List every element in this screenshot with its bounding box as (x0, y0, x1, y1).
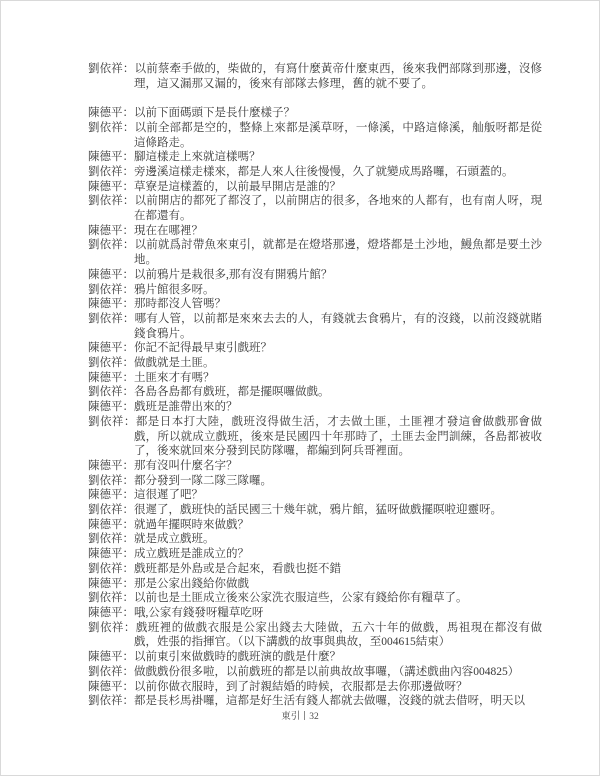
dialogue-text: 做戲戲份很多啦，以前戲班的都是以前典故故事囉，（講述戲曲內容004825） (134, 666, 519, 678)
speaker-name: 劉依祥： (88, 475, 134, 487)
speaker-name: 劉依祥： (88, 166, 134, 178)
dialogue-line: 劉依祥：以前全部都是空的，整條上來都是溪草呀，一條溪，中路這條溪，舢舨呀都是從這… (88, 121, 542, 150)
dialogue-line: 陳德平：就過年擺暝時來做戲？ (88, 518, 542, 533)
dialogue-text: 這很遲了吧？ (134, 489, 203, 501)
speaker-name: 陳德平： (88, 519, 134, 531)
footer-page-number: 32 (309, 712, 319, 722)
speaker-name: 陳德平： (88, 269, 134, 281)
dialogue-line: 劉依祥：以前就爲討帶魚來東引，就都是在燈塔那邊，燈塔都是土沙地，鰻魚都是要土沙地… (88, 238, 542, 267)
speaker-name: 陳德平： (88, 681, 134, 693)
speaker-name: 陳德平： (88, 607, 134, 619)
speaker-name: 劉依祥： (88, 63, 135, 75)
dialogue-line: 劉依祥：都分發到一隊二隊三隊囉。 (88, 474, 542, 489)
dialogue-text: 現在在哪裡？ (134, 225, 203, 237)
dialogue-text: 成立戲班是誰成立的？ (134, 548, 249, 560)
dialogue-text: 那有沒叫什麼名字？ (134, 460, 238, 472)
speaker-name: 陳德平： (88, 578, 134, 590)
dialogue-line: 劉依祥：以前蔡牽手做的，柴做的，有寫什麼黃帝什麼東西，後來我們部隊到那邊，沒修理… (88, 62, 542, 91)
dialogue-text: 土匪來才有嗎？ (134, 372, 215, 384)
speaker-name: 陳德平： (88, 460, 134, 472)
speaker-name: 陳德平： (88, 298, 134, 310)
dialogue-text: 以前你做衣服時，到了討親結婚的時候，衣服都是去你那邊做呀？ (134, 681, 468, 693)
speaker-name: 劉依祥： (88, 592, 134, 604)
dialogue-line: 劉依祥：做戲就是土匪。 (88, 356, 542, 371)
dialogue-text: 以前下面碼頭下是長什麼樣子？ (134, 107, 295, 119)
dialogue-line: 陳德平：那有沒叫什麼名字？ (88, 459, 542, 474)
page-footer: 東引32 (1, 711, 599, 724)
speaker-name: 陳德平： (88, 489, 134, 501)
dialogue-line: 劉依祥：就是成立戲班。 (88, 532, 542, 547)
dialogue-line: 劉依祥：哪有人管，以前都是來來去去的人，有錢就去食鴉片，有的沒錢，以前沒錢就賭錢… (88, 312, 542, 341)
dialogue-line: 陳德平：以前你做衣服時，到了討親結婚的時候，衣服都是去你那邊做呀？ (88, 680, 542, 695)
speaker-name: 陳德平： (88, 181, 134, 193)
speaker-name: 劉依祥： (88, 416, 136, 428)
dialogue-text: 哪有人管，以前都是來來去去的人，有錢就去食鴉片，有的沒錢，以前沒錢就賭錢食鴉片。 (134, 313, 542, 340)
speaker-name: 劉依祥： (88, 695, 134, 707)
speaker-name: 劉依祥： (88, 666, 134, 678)
dialogue-text: 哦,公家有錢發呀糧草吃呀 (134, 607, 263, 619)
speaker-name: 陳德平： (88, 151, 134, 163)
footer-divider-line (304, 711, 305, 720)
dialogue-text: 以前開店的都死了都沒了，以前開店的很多，各地來的人都有，也有南人呀，現在都還有。 (134, 195, 542, 222)
speaker-name: 劉依祥： (88, 122, 135, 134)
speaker-name: 陳德平： (88, 651, 134, 663)
transcript-body: 劉依祥：以前蔡牽手做的，柴做的，有寫什麼黃帝什麼東西，後來我們部隊到那邊，沒修理… (88, 62, 542, 709)
dialogue-text: 腳這樣走上來就這樣嗎？ (134, 151, 261, 163)
dialogue-text: 都分發到一隊二隊三隊囉。 (134, 475, 272, 487)
dialogue-line: 劉依祥：做戲戲份很多啦，以前戲班的都是以前典故故事囉，（講述戲曲內容004825… (88, 665, 542, 680)
dialogue-text: 草寮是這樣蓋的，以前最早開店是誰的？ (134, 181, 341, 193)
dialogue-line: 陳德平：以前東引來做戲時的戲班演的戲是什麼？ (88, 650, 542, 665)
speaker-name: 陳德平： (88, 342, 134, 354)
dialogue-line: 陳德平：成立戲班是誰成立的？ (88, 547, 542, 562)
dialogue-text: 戲班裡的做戲衣服是公家出錢去大陸做，五六十年的做戲，馬祖現在都沒有做戲，姓張的指… (134, 622, 542, 649)
dialogue-text: 以前蔡牽手做的，柴做的，有寫什麼黃帝什麼東西，後來我們部隊到那邊，沒修理，這又漏… (134, 63, 542, 90)
dialogue-text: 那時都沒人管嗎？ (134, 298, 226, 310)
dialogue-line: 劉依祥：鴉片館很多呀。 (88, 283, 542, 298)
dialogue-text: 都是日本打大陸，戲班沒得做生活，才去做土匪，土匪裡才發這會做戲那會做戲，所以就成… (134, 416, 542, 457)
speaker-name: 劉依祥： (88, 563, 134, 575)
dialogue-line: 陳德平：戲班是誰帶出來的？ (88, 400, 542, 415)
dialogue-text: 以前就爲討帶魚來東引，就都是在燈塔那邊，燈塔都是土沙地，鰻魚都是要土沙地。 (134, 239, 542, 266)
dialogue-line: 陳德平：以前下面碼頭下是長什麼樣子？ (88, 106, 542, 121)
dialogue-line: 陳德平：哦,公家有錢發呀糧草吃呀 (88, 606, 542, 621)
dialogue-text: 你記不記得最早東引戲班？ (134, 342, 272, 354)
dialogue-text: 就過年擺暝時來做戲？ (134, 519, 249, 531)
speaker-name: 劉依祥： (88, 533, 134, 545)
dialogue-text: 做戲就是土匪。 (134, 357, 215, 369)
dialogue-line: 劉依祥：都是日本打大陸，戲班沒得做生活，才去做土匪，土匪裡才發這會做戲那會做戲，… (88, 415, 542, 459)
dialogue-line: 陳德平：這很遲了吧？ (88, 488, 542, 503)
dialogue-line: 陳德平：你記不記得最早東引戲班？ (88, 341, 542, 356)
speaker-name: 陳德平： (88, 225, 134, 237)
speaker-name: 劉依祥： (88, 284, 134, 296)
dialogue-line: 劉依祥：旁邊溪這樣走樣來，都是人來人往後慢慢，久了就變成馬路囉，石頭蓋的。 (88, 165, 542, 180)
dialogue-line: 劉依祥：戲班裡的做戲衣服是公家出錢去大陸做，五六十年的做戲，馬祖現在都沒有做戲，… (88, 621, 542, 650)
dialogue-line: 陳德平：以前鴉片是栽很多,那有沒有開鴉片館？ (88, 268, 542, 283)
document-page: 劉依祥：以前蔡牽手做的，柴做的，有寫什麼黃帝什麼東西，後來我們部隊到那邊，沒修理… (0, 0, 600, 776)
speaker-name: 劉依祥： (88, 357, 134, 369)
dialogue-text: 那是公家出錢給你做戲 (134, 578, 249, 590)
speaker-name: 劉依祥： (88, 622, 136, 634)
speaker-name: 陳德平： (88, 372, 134, 384)
speaker-name: 陳德平： (88, 401, 134, 413)
speaker-name: 劉依祥： (88, 239, 135, 251)
dialogue-text: 以前東引來做戲時的戲班演的戲是什麼？ (134, 651, 341, 663)
dialogue-line: 陳德平：草寮是這樣蓋的，以前最早開店是誰的？ (88, 180, 542, 195)
speaker-name: 陳德平： (88, 548, 134, 560)
dialogue-line: 劉依祥：很遲了，戲班快的話民國三十幾年就，鴉片館，猛呀做戲擺暝啦迎靈呀。 (88, 503, 542, 518)
dialogue-text: 以前也是土匪成立後來公家洗衣服這些，公家有錢給你有糧草了。 (134, 592, 468, 604)
dialogue-text: 以前鴉片是栽很多,那有沒有開鴉片館？ (134, 269, 332, 281)
speaker-name: 劉依祥： (88, 504, 134, 516)
dialogue-line: 劉依祥：以前開店的都死了都沒了，以前開店的很多，各地來的人都有，也有南人呀，現在… (88, 194, 542, 223)
dialogue-text: 旁邊溪這樣走樣來，都是人來人往後慢慢，久了就變成馬路囉，石頭蓋的。 (134, 166, 514, 178)
dialogue-line: 劉依祥：都是長杉馬褂囉，這都是好生活有錢人都就去做囉，沒錢的就去借呀，明天以 (88, 694, 542, 709)
dialogue-text: 鴉片館很多呀。 (134, 284, 215, 296)
dialogue-text: 就是成立戲班。 (134, 533, 215, 545)
dialogue-text: 各島各島都有戲班，都是擺暝囉做戲。 (134, 386, 330, 398)
speaker-name: 劉依祥： (88, 386, 134, 398)
dialogue-line: 陳德平：土匪來才有嗎？ (88, 371, 542, 386)
speaker-name: 劉依祥： (88, 195, 135, 207)
dialogue-line: 劉依祥：以前也是土匪成立後來公家洗衣服這些，公家有錢給你有糧草了。 (88, 591, 542, 606)
dialogue-line: 劉依祥：戲班都是外島或是合起來，看戲也挺不錯 (88, 562, 542, 577)
dialogue-line: 劉依祥：各島各島都有戲班，都是擺暝囉做戲。 (88, 385, 542, 400)
dialogue-text: 很遲了，戲班快的話民國三十幾年就，鴉片館，猛呀做戲擺暝啦迎靈呀。 (134, 504, 502, 516)
footer-location: 東引 (281, 712, 300, 722)
dialogue-line: 陳德平：那是公家出錢給你做戲 (88, 577, 542, 592)
dialogue-text: 都是長杉馬褂囉，這都是好生活有錢人都就去做囉，沒錢的就去借呀，明天以 (134, 695, 525, 707)
dialogue-line: 陳德平：那時都沒人管嗎？ (88, 297, 542, 312)
dialogue-line: 陳德平：現在在哪裡？ (88, 224, 542, 239)
speaker-name: 劉依祥： (88, 313, 135, 325)
dialogue-text: 以前全部都是空的，整條上來都是溪草呀，一條溪，中路這條溪，舢舨呀都是從這條路走。 (134, 122, 542, 149)
speaker-name: 陳德平： (88, 107, 134, 119)
dialogue-text: 戲班是誰帶出來的？ (134, 401, 238, 413)
dialogue-text: 戲班都是外島或是合起來，看戲也挺不錯 (134, 563, 341, 575)
dialogue-line: 陳德平：腳這樣走上來就這樣嗎？ (88, 150, 542, 165)
